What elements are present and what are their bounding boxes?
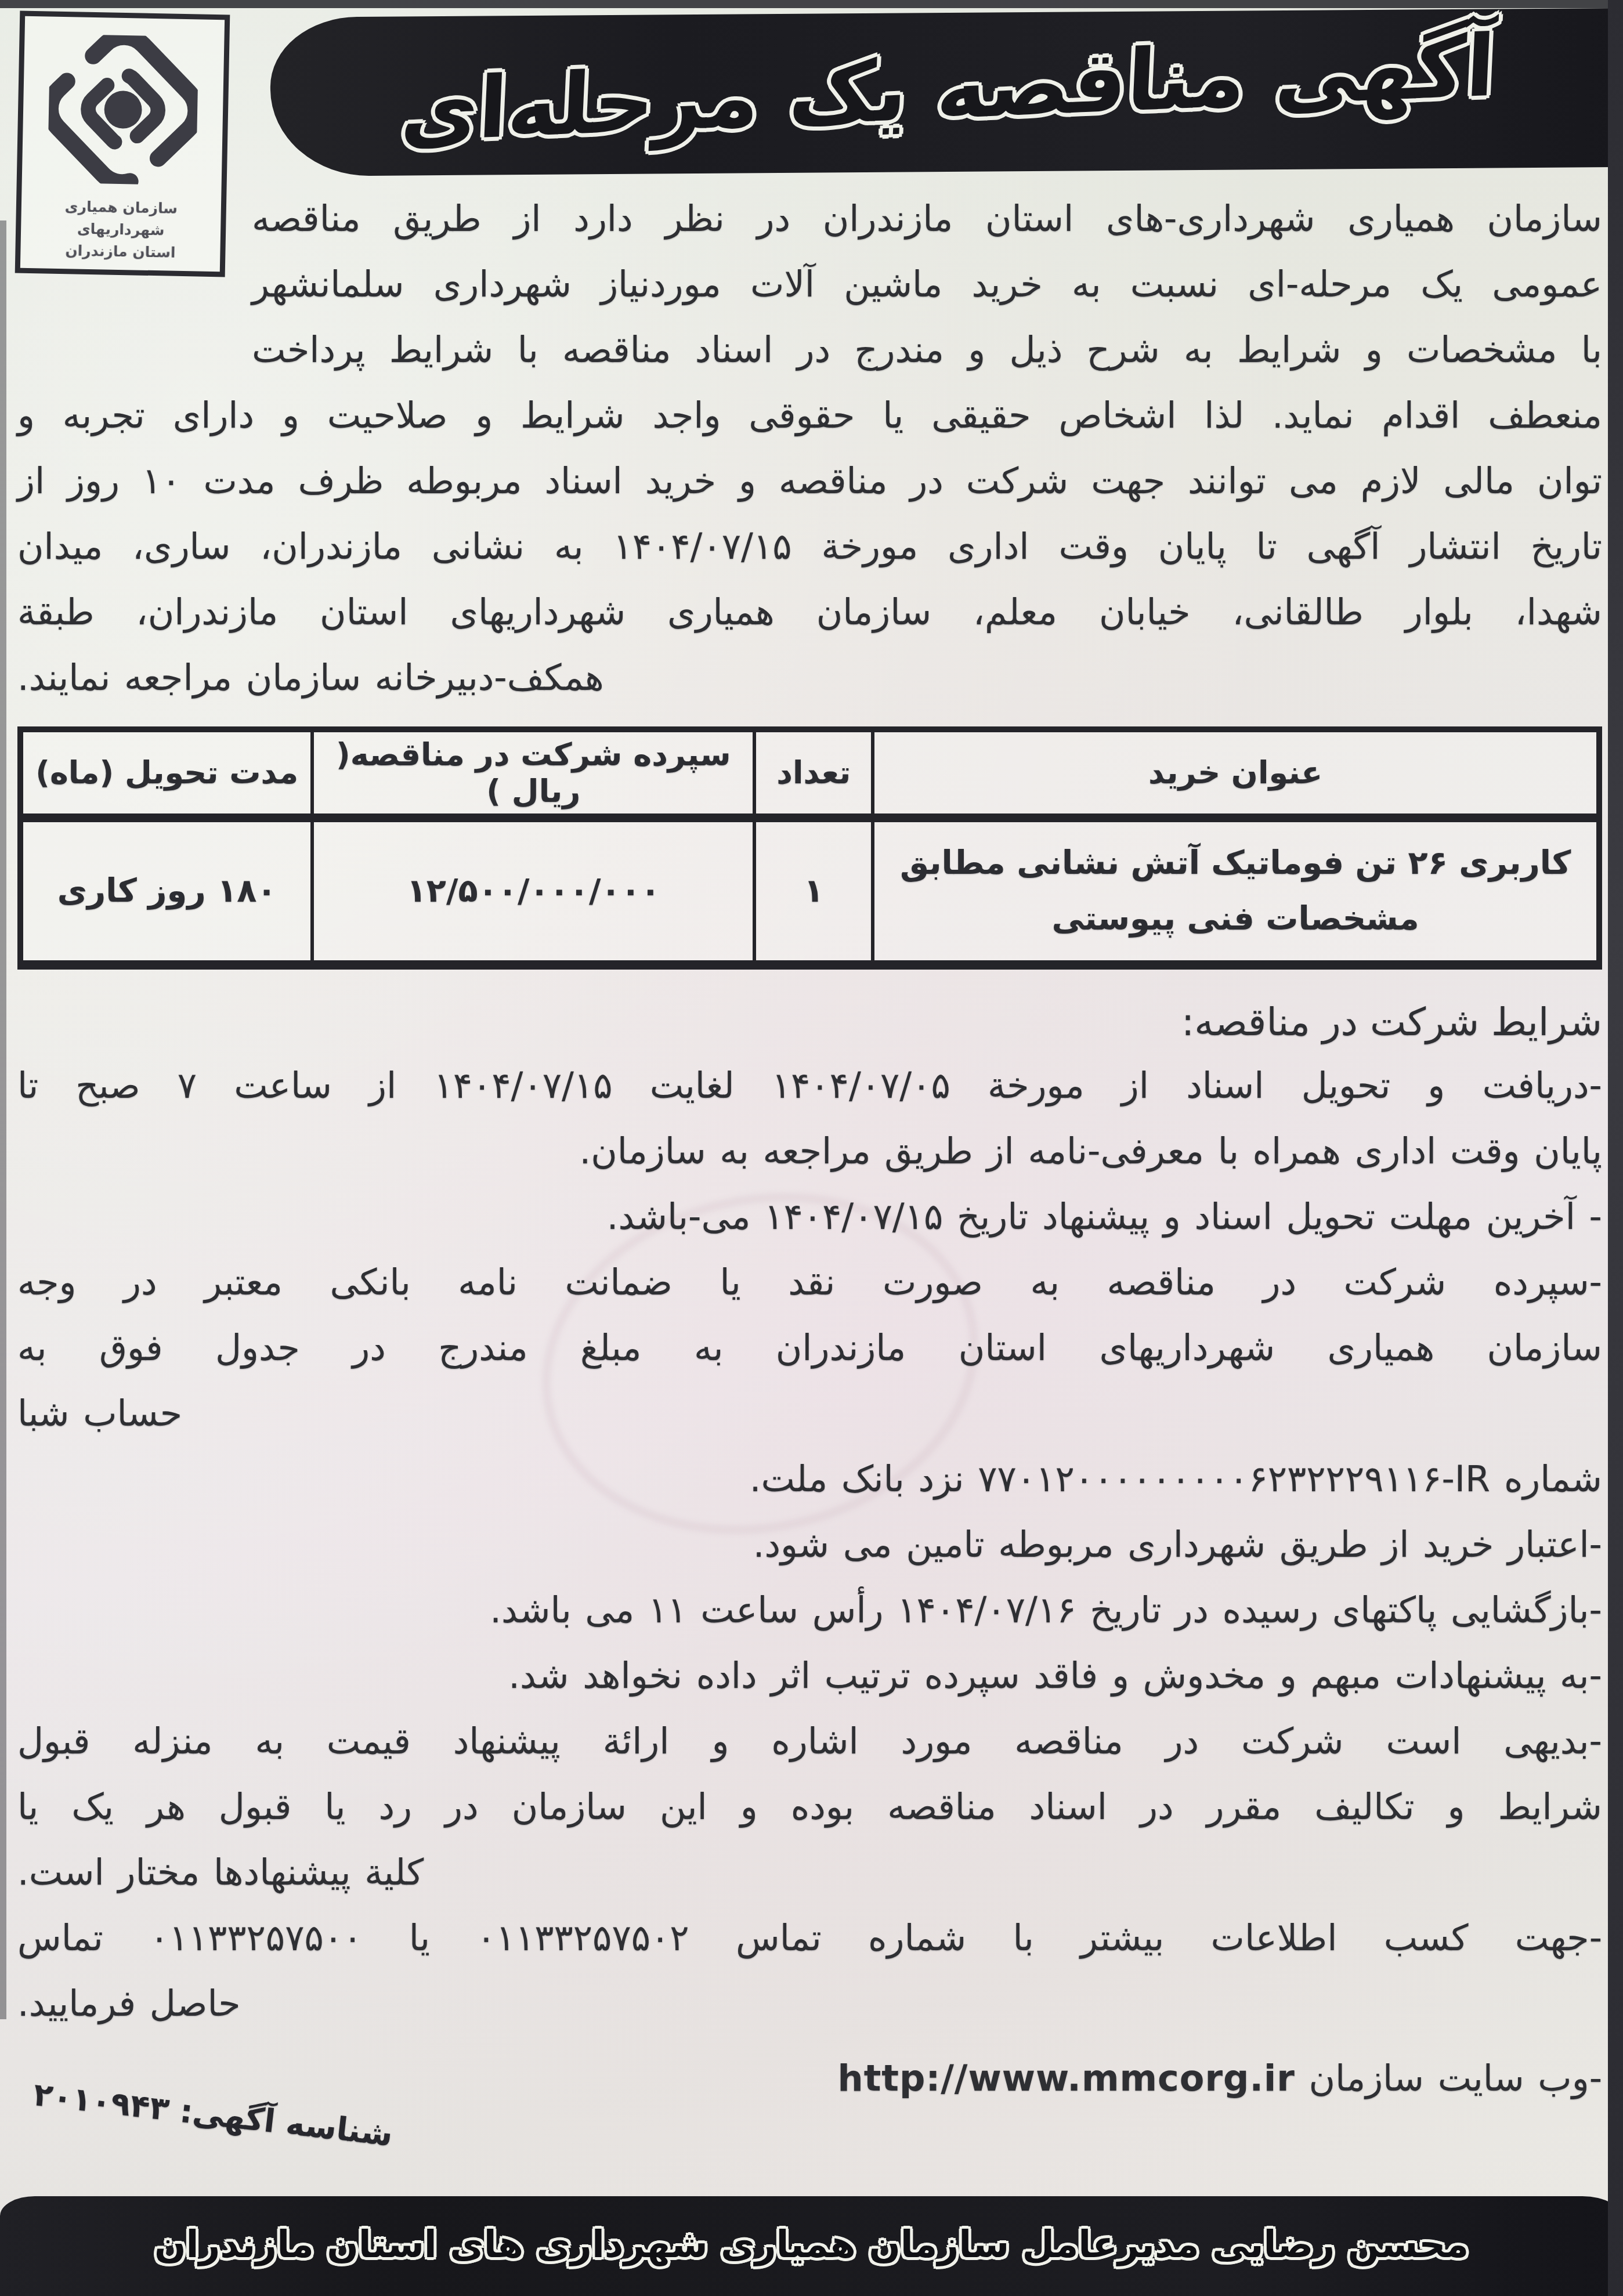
table-header-row: عنوان خرید تعداد سپرده شرکت در مناقصه( ر… (20, 729, 1599, 818)
cell-delivery: ۱۸۰ روز کاری (20, 818, 312, 965)
condition-contact-phones: -جهت کسب اطلاعات بیشتر با شماره تماس ۰۱۱… (17, 1905, 1602, 1970)
cell-item-title: کاربری ۲۶ تن فوماتیک آتش نشانی مطابق مشخ… (873, 818, 1599, 965)
scan-edge-right (1608, 0, 1623, 2296)
municipalities-cooperation-logo-icon (48, 34, 199, 186)
iban-prefix: شماره (1504, 1458, 1602, 1500)
ad-title: آگهی مناقصه یک مرحله‌ای (268, 0, 1623, 193)
logo-caption-line-1: سازمان همیاری شهرداریهای (21, 195, 221, 243)
col-header-delivery: مدت تحویل (ماه) (20, 729, 312, 818)
iban-line: شماره ۷۷۰۱۲۰۰۰۰۰۰۰۰۰۶۲۳۲۲۲۹۱۱۶-IR نزد با… (17, 1446, 1602, 1512)
intro-line: تاریخ انتشار آگهی تا پایان وقت اداری مور… (17, 514, 1602, 579)
condition-acceptance-3: کلیة پیشنهادها مختار است. (17, 1839, 1602, 1905)
intro-line: همکف-دبیرخانه سازمان مراجعه نمایند. (17, 645, 1602, 710)
newspaper-tender-ad: سازمان همیاری شهرداریهای استان مازندران … (0, 0, 1623, 2296)
cell-deposit: ۱۲/۵۰۰/۰۰۰/۰۰۰ (312, 818, 754, 965)
scan-edge-left (0, 220, 6, 2019)
col-header-deposit: سپرده شرکت در مناقصه( ریال ) (312, 729, 754, 818)
table-row: کاربری ۲۶ تن فوماتیک آتش نشانی مطابق مشخ… (20, 818, 1599, 965)
intro-line: عمومی یک مرحله-ای نسبت به خرید ماشین آلا… (17, 251, 1602, 317)
condition-invalid-offers: -به پیشنهادات مبهم و مخدوش و فاقد سپرده … (17, 1643, 1602, 1708)
condition-contact-phones-2: حاصل فرمایید. (17, 1970, 1602, 2036)
intro-line: شهدا، بلوار طالقانی، خیابان معلم، سازمان… (17, 579, 1602, 645)
website-label: -وب سایت سازمان (1309, 2057, 1602, 2099)
condition-deposit-sheba: حساب شبا (17, 1380, 1602, 1446)
condition-acceptance-2: شرایط و تکالیف مقرر در اسناد مناقصه بوده… (17, 1774, 1602, 1839)
condition-envelope-opening: -بازگشایی پاکتهای رسیده در تاریخ ۱۴۰۴/۰۷… (17, 1577, 1602, 1643)
intro-paragraph: سازمان همیاری شهرداری-های استان مازندران… (17, 186, 1602, 710)
iban-number: ۷۷۰۱۲۰۰۰۰۰۰۰۰۰۶۲۳۲۲۲۹۱۱۶-IR (978, 1458, 1490, 1500)
tender-table: عنوان خرید تعداد سپرده شرکت در مناقصه( ر… (17, 726, 1602, 970)
condition-credit-source: -اعتبار خرید از طریق شهرداری مربوطه تامی… (17, 1512, 1602, 1577)
ad-content: سازمان همیاری شهرداریهای استان مازندران … (0, 0, 1623, 2111)
conditions-heading: شرایط شرکت در مناقصه: (17, 1000, 1602, 1044)
cell-quantity: ۱ (754, 818, 873, 965)
col-header-quantity: تعداد (754, 729, 873, 818)
conditions-list: -دریافت و تحویل اسناد از مورخة ۱۴۰۴/۰۷/۰… (17, 1053, 1602, 2111)
col-header-item-title: عنوان خرید (873, 729, 1599, 818)
intro-line: توان مالی لازم می توانند جهت شرکت در منا… (17, 448, 1602, 514)
intro-line: با مشخصات و شرایط به شرح ذیل و مندرج در … (17, 317, 1602, 382)
website-url: http://www.mmcorg.ir (838, 2057, 1295, 2099)
condition-acceptance-1: -بدیهی است شرکت در مناقصه مورد اشاره و ا… (17, 1708, 1602, 1774)
title-banner: آگهی مناقصه یک مرحله‌ای (270, 8, 1623, 176)
signature-banner: محسن رضایی مدیرعامل سازمان همیاری شهردار… (0, 2196, 1623, 2296)
condition-docs-pickup-1: -دریافت و تحویل اسناد از مورخة ۱۴۰۴/۰۷/۰… (17, 1053, 1602, 1118)
condition-docs-pickup-2: پایان وقت اداری همراه با معرفی-نامه از ط… (17, 1118, 1602, 1184)
organization-logo-box: سازمان همیاری شهرداریهای استان مازندران (15, 11, 230, 277)
condition-deposit-1: -سپرده شرکت در مناقصه به صورت نقد یا ضما… (17, 1249, 1602, 1315)
condition-submit-deadline: - آخرین مهلت تحویل اسناد و پیشنهاد تاریخ… (17, 1184, 1602, 1249)
intro-line: سازمان همیاری شهرداری-های استان مازندران… (17, 186, 1602, 251)
iban-suffix: نزد بانک ملت. (750, 1458, 964, 1500)
scan-edge-top (0, 0, 1623, 8)
signature-text: محسن رضایی مدیرعامل سازمان همیاری شهردار… (0, 2196, 1623, 2294)
condition-deposit-2: سازمان همیاری شهرداریهای استان مازندران … (17, 1315, 1602, 1380)
logo-caption-line-2: استان مازندران (20, 239, 221, 265)
intro-line: منعطف اقدام نماید. لذا اشخاص حقیقی یا حق… (17, 382, 1602, 448)
